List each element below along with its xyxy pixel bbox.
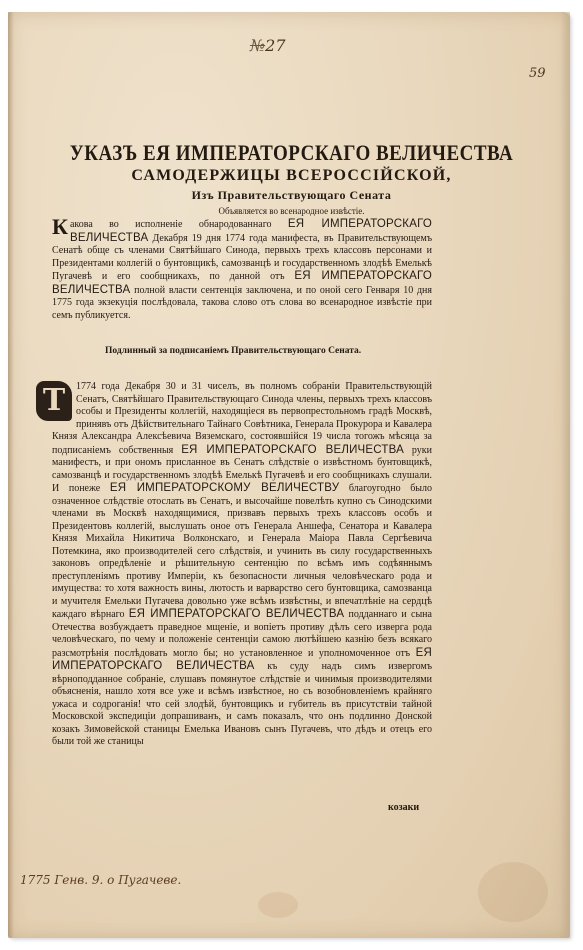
title-line-1: УКАЗЪ ЕЯ ИМПЕРАТОРСКАГО ВЕЛИЧЕСТВА — [0, 141, 583, 166]
folio-number: 59 — [529, 66, 546, 81]
body-caps: ЕЯ ИМПЕРАТОРСКАГО ВЕЛИЧЕСТВА — [181, 444, 404, 456]
title-line-4: Объявляется во всенародное извѣстіе. — [0, 206, 583, 216]
body-caps: ЕЯ ИМПЕРАТОРСКОМУ ВЕЛИЧЕСТВУ — [110, 482, 339, 494]
ornamental-initial-icon: Т — [36, 381, 72, 421]
body-text: благоугодно было означенное слѣдствіе от… — [52, 483, 432, 620]
document-number: 27 — [265, 36, 285, 55]
paper-stain — [258, 892, 298, 918]
catchword: козаки — [388, 802, 419, 813]
handwritten-bottom-note: 1775 Генв. 9. о Пугачеве. — [20, 873, 181, 887]
intro-drop-cap: К — [52, 218, 68, 236]
struck-number-mark: № — [250, 36, 265, 55]
title-line-2: САМОДЕРЖИЦЫ ВСЕРОССІЙСКОЙ, — [0, 167, 583, 185]
intro-text: акова во исполненіе обнародованнаго — [70, 219, 288, 230]
body-text: къ суду надъ симъ извергомъ вѣрноподданн… — [52, 661, 432, 747]
paper-stain — [478, 862, 548, 922]
body-caps: ЕЯ ИМПЕРАТОРСКАГО ВЕЛИЧЕСТВА — [129, 608, 345, 620]
handwritten-document-number: №27 — [250, 36, 286, 55]
intro-paragraph: Какова во исполненіе обнародованнаго ЕЯ … — [52, 218, 432, 322]
body-paragraph: Т1774 года Декабря 30 и 31 чиселъ, въ по… — [52, 381, 432, 749]
subheading: Подлинный за подписаніемъ Правительствую… — [105, 346, 361, 356]
title-line-3: Изъ Правительствующаго Сената — [0, 188, 583, 203]
